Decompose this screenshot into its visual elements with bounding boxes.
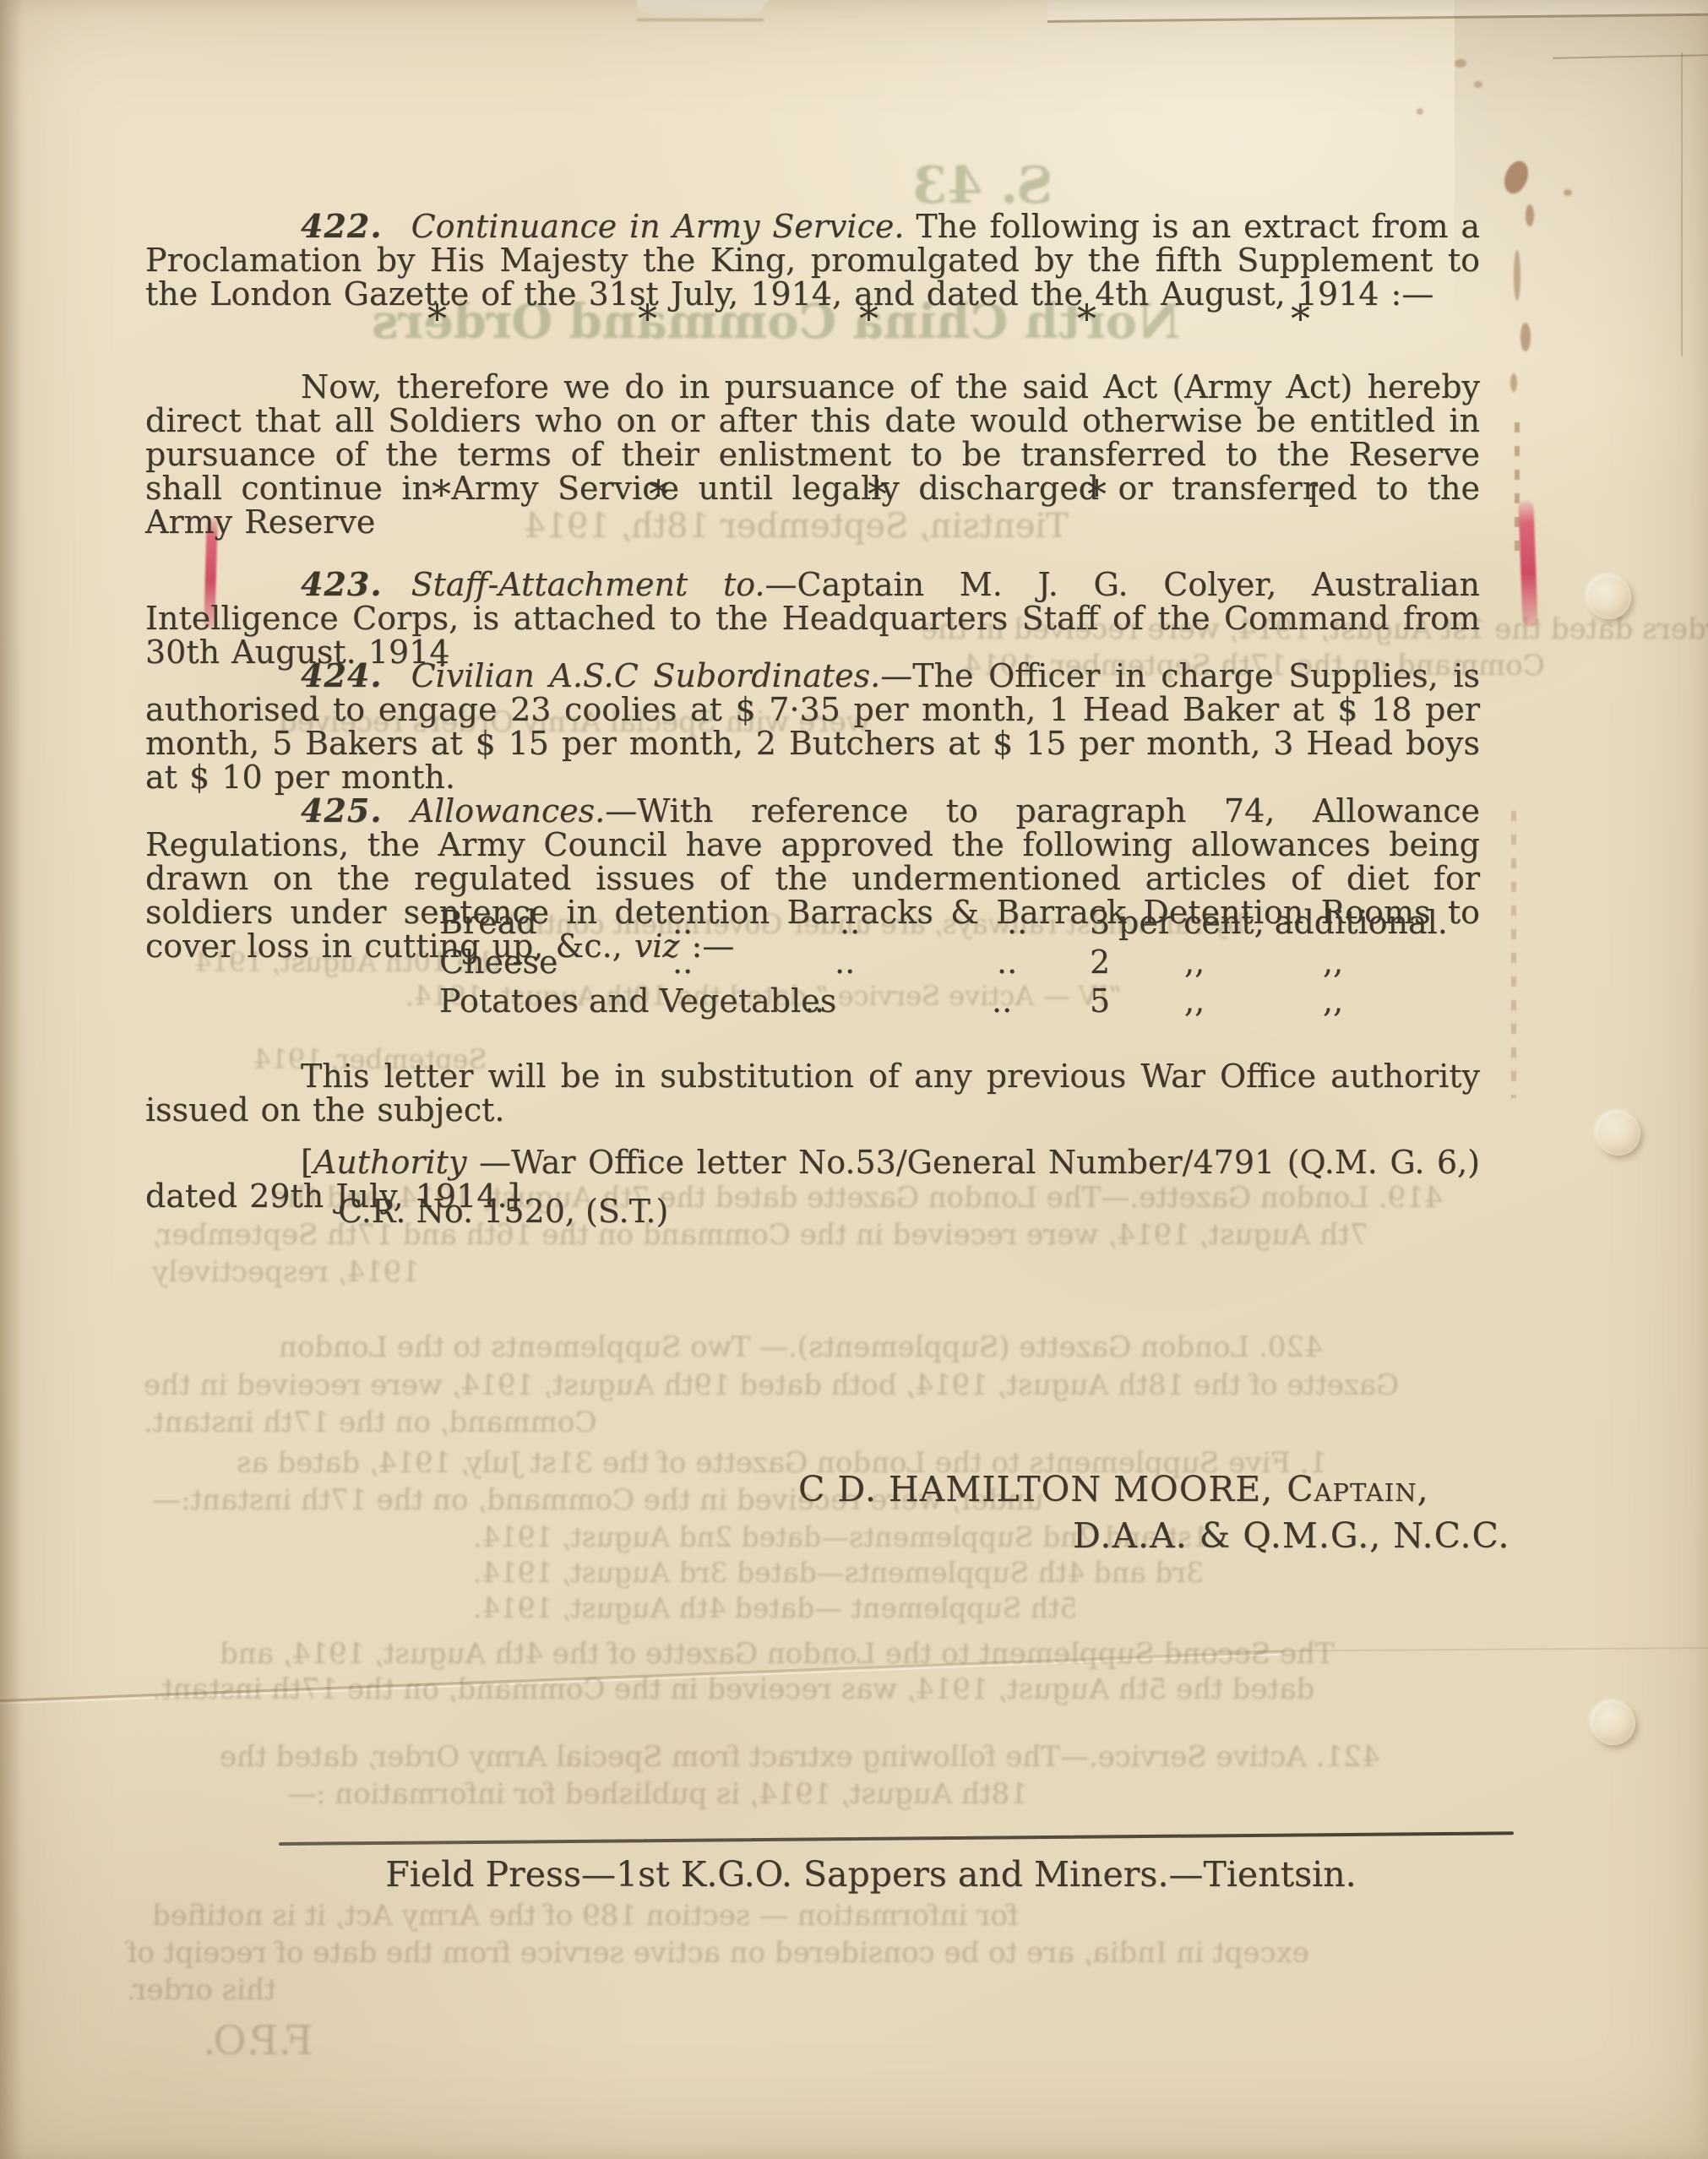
brown-stain: [1514, 250, 1520, 301]
order-number: 424.: [301, 656, 383, 694]
order-paragraph-424: 424.Civilian A.S.C Subordinates.—The Off…: [145, 659, 1480, 794]
corner-crease-line: [1553, 54, 1708, 59]
table-item: Potatoes and Vegetables: [439, 982, 836, 1020]
proclamation-text: Now, therefore we do in pursuance of the…: [145, 368, 1480, 541]
table-value: 2: [1090, 944, 1110, 981]
red-crayon-mark-right: [1518, 500, 1537, 628]
horizontal-fold-crease-highlight: [0, 1654, 1283, 1705]
asterisk-separator: *: [649, 471, 668, 517]
dot-leader: ..: [840, 904, 860, 941]
page-number-mark: I: [1308, 480, 1319, 514]
brown-stain: [1520, 323, 1531, 351]
ghost-showthrough-line: except in India, are to be considered on…: [127, 1936, 1309, 1970]
top-edge-tear-shadow: [637, 19, 764, 21]
asterisk-separator: *: [1291, 296, 1310, 341]
ghost-showthrough-line: 1914, respectively: [152, 1255, 420, 1289]
right-edge-crease-line: [1681, 52, 1683, 356]
order-number: 422.: [301, 207, 383, 245]
dot-leader: ..: [997, 944, 1017, 981]
authority-label: Authority: [313, 1144, 467, 1181]
substitution-text: This letter will be in substitution of a…: [145, 1058, 1480, 1128]
allowance-table-row: Cheese .. .. .. 2 ,, ,,: [0, 944, 1708, 984]
dot-leader: ..: [672, 944, 693, 981]
order-number: 423.: [301, 565, 383, 603]
order-title: Civilian A.S.C Subordinates.—: [411, 657, 913, 694]
ghost-showthrough-line: for information — section 189 of the Arm…: [152, 1899, 1018, 1933]
signature-line: C D. HAMILTON MOORE,Captain,: [798, 1469, 1429, 1509]
order-paragraph-422: 422.Continuance in Army Service.The foll…: [145, 209, 1480, 311]
punch-hole-emboss: [1587, 575, 1631, 619]
allowance-table-row: Bread .. .. .. 3 per cent, additional.: [0, 904, 1708, 944]
dot-leader: ..: [992, 982, 1012, 1020]
order-paragraph-423: 423.Staff-Attachment to.—Captain M. J. G…: [145, 568, 1480, 669]
signatory-rank: Captain,: [1286, 1469, 1428, 1509]
table-item: Cheese: [439, 944, 558, 981]
brown-stain: [1526, 204, 1534, 226]
order-title: Continuance in Army Service.: [411, 208, 905, 245]
brown-speck: [1474, 81, 1482, 88]
ghost-showthrough-line: 18th August, 1914, is published for info…: [287, 1777, 1028, 1811]
brown-speck: [1417, 108, 1423, 115]
ditto-mark: ,,: [1323, 982, 1343, 1020]
ghost-showthrough-line: 420. London Gazette (Supplements).— Two …: [279, 1330, 1323, 1364]
proclamation-extract-paragraph: Now, therefore we do in pursuance of the…: [145, 370, 1480, 539]
ditto-mark: ,,: [1323, 944, 1343, 981]
brown-stain: [1510, 373, 1517, 392]
footer-rule: [279, 1831, 1514, 1846]
asterisk-separator: *: [1087, 471, 1107, 517]
punch-hole-emboss: [1596, 1112, 1640, 1156]
dot-leader: ..: [1007, 904, 1027, 941]
horizontal-fold-crease: [0, 1651, 1283, 1702]
asterisk-separator: *: [859, 296, 878, 341]
dot-leader: ..: [835, 944, 855, 981]
bracket-open: [: [301, 1144, 313, 1181]
ghost-showthrough-line: F.P.O.: [203, 2017, 313, 2064]
ghost-showthrough-line: Command, on the 17th instant.: [144, 1406, 596, 1439]
cr-number-line: C.R. No. 1520, (S.T.): [338, 1193, 668, 1230]
punch-hole-emboss: [1591, 1701, 1635, 1745]
dot-leader: ..: [804, 982, 824, 1020]
order-title: Allowances.—: [411, 792, 638, 829]
dot-leader: ..: [672, 904, 693, 941]
asterisk-separator: *: [868, 471, 887, 517]
asterisk-separator: *: [427, 296, 447, 341]
ghost-showthrough-line: this order.: [127, 1973, 276, 2007]
table-value: 3: [1090, 904, 1110, 941]
substitution-paragraph: This letter will be in substitution of a…: [145, 1059, 1480, 1127]
allowance-table-row: Potatoes and Vegetables .. .. 5 ,, ,,: [0, 982, 1708, 1023]
table-note: per cent, additional.: [1118, 904, 1448, 941]
ghost-showthrough-line: 7th August, 1914, were received in the C…: [152, 1218, 1368, 1252]
brown-speck: [1564, 189, 1572, 196]
brown-speck: [1455, 59, 1466, 68]
ghost-showthrough-line: 421. Active Service.—The following extra…: [220, 1740, 1379, 1774]
left-edge-shading: [0, 0, 24, 2159]
ditto-mark: ,,: [1184, 982, 1205, 1020]
table-item: Bread: [439, 904, 537, 941]
document-page: S. 43North China Command OrdersTientsin,…: [0, 0, 1708, 2159]
asterisk-separator: *: [432, 471, 451, 517]
printer-imprint: Field Press—1st K.G.O. Sappers and Miner…: [17, 1854, 1708, 1895]
brown-stain: [1500, 158, 1532, 197]
ghost-showthrough-line: Gazette of the 18th August, 1914, both d…: [144, 1368, 1399, 1402]
signatory-appointment: D.A.A. & Q.M.G., N.C.C.: [1073, 1515, 1509, 1556]
ghost-showthrough-line: 3rd and 4th Supplements—dated 3rd August…: [473, 1556, 1204, 1589]
ghost-showthrough-line: 5th Supplement —dated 4th August, 1914.: [473, 1591, 1077, 1624]
ditto-mark: ,,: [1184, 944, 1205, 981]
asterisk-separator: *: [638, 296, 657, 341]
order-title: Staff-Attachment to.—: [411, 566, 797, 603]
ghost-showthrough-line: S. 43: [912, 156, 1053, 215]
order-number: 425.: [301, 791, 383, 829]
table-value: 5: [1090, 982, 1110, 1020]
top-right-corner-shading: [1455, 0, 1708, 507]
asterisk-separator: *: [1077, 296, 1096, 341]
horizontal-fold-crease-right: [1216, 1647, 1708, 1652]
signatory-name: C D. HAMILTON MOORE,: [798, 1469, 1273, 1509]
